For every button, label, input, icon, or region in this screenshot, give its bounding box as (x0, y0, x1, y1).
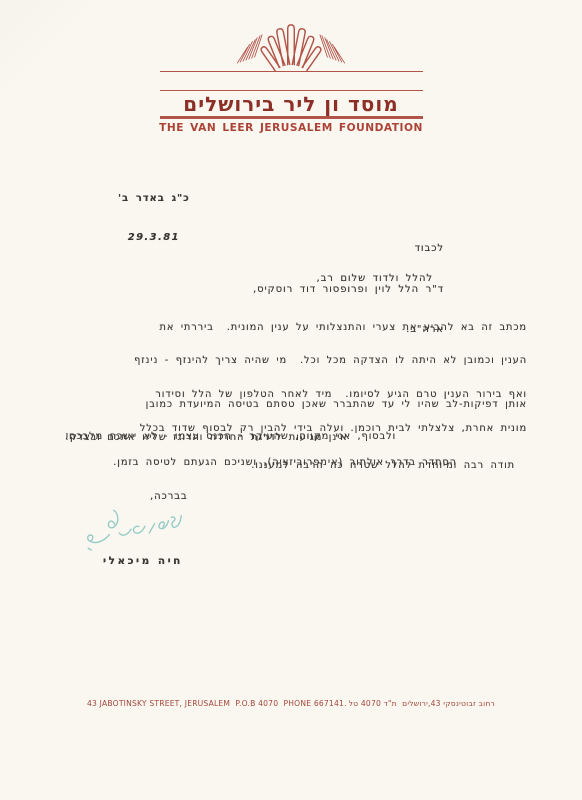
letter-page: מוסד ון ליר בירושלים THE VAN LEER JERUSA… (0, 0, 582, 800)
date-block: כ"ג באדר ב' 29.3.81 (118, 166, 190, 270)
van-leer-dome-logo-icon (211, 21, 371, 71)
body-line: מכתב זה בא להביע את צערי והתנצלותי על ענ… (57, 322, 527, 333)
handwritten-signature (78, 504, 190, 554)
footer-address-hebrew: רחוב זבוטינסקי 43,ירושלים ת"ד 4070 טל (349, 699, 495, 708)
footer-address-english: 43 JABOTINSKY STREET, JERUSALEM P.O.B 40… (87, 699, 347, 708)
date-gregorian: 29.3.81 (118, 231, 190, 244)
letterhead: מוסד ון ליר בירושלים THE VAN LEER JERUSA… (0, 21, 582, 134)
letterhead-rule-top (160, 71, 423, 72)
thanks-line: תודה רבה ומיוחדת להלל שטרח כה הרבה למעננ… (57, 437, 527, 493)
recipient-honorific: לכבוד (253, 242, 444, 256)
recipient-names: ד"ר הלל לוין ופרופסור דוד רוסקיס, (253, 283, 444, 297)
letterhead-rule-thick (160, 116, 423, 119)
org-name-english: THE VAN LEER JERUSALEM FOUNDATION (159, 122, 423, 134)
body-line: תודה רבה ומיוחדת להלל שטרח כה הרבה למעננ… (57, 460, 527, 471)
typed-sender-name: חיה מיכאלי (103, 555, 183, 567)
org-name-hebrew: מוסד ון ליר בירושלים (183, 93, 398, 115)
footer-address-line: 43 JABOTINSKY STREET, JERUSALEM P.O.B 40… (0, 699, 582, 708)
body-line: הענין וכמובן לא היתה לו הצדקה מכל וכל. מ… (57, 355, 527, 366)
closing-salutation: בברכה, (150, 491, 188, 502)
letterhead-rule-middle (160, 90, 423, 91)
greeting-line: להלל ולדוד שלום רב, (316, 273, 433, 284)
date-hebrew: כ"ג באדר ב' (118, 192, 190, 205)
